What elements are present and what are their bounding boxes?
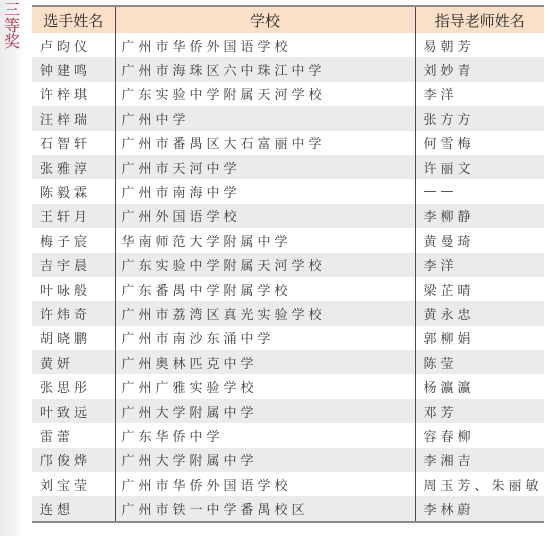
table-row: 石智轩广州市番禺区大石富丽中学何雪梅 xyxy=(32,131,544,155)
school-cell: 广州大学附属中学 xyxy=(115,448,415,472)
teacher-name-cell: 李林蔚 xyxy=(415,496,544,521)
school-cell: 广州广雅实验学校 xyxy=(115,374,415,398)
header-school: 学校 xyxy=(115,6,415,33)
teacher-name-cell: 张方方 xyxy=(415,106,544,130)
contestant-name-cell: 刘宝莹 xyxy=(32,472,115,496)
teacher-name-cell: 许丽文 xyxy=(415,155,544,179)
table-row: 叶咏般广东番禺中学附属学校梁芷晴 xyxy=(32,277,544,301)
teacher-name-cell: 李洋 xyxy=(415,253,544,277)
table-row: 黄妍广州奥林匹克中学陈莹 xyxy=(32,350,544,374)
school-cell: 广东番禺中学附属学校 xyxy=(115,277,415,301)
teacher-name-cell: 黄曼琦 xyxy=(415,228,544,252)
school-cell: 广东华侨中学 xyxy=(115,423,415,447)
school-cell: 广州市华侨外国语学校 xyxy=(115,33,415,57)
contestant-name-cell: 卢昀仪 xyxy=(32,33,115,57)
contestant-name-cell: 连想 xyxy=(32,496,115,521)
contestant-name-cell: 许梓琪 xyxy=(32,82,115,106)
contestant-name-cell: 石智轩 xyxy=(32,131,115,155)
award-char: 奖 xyxy=(3,34,21,50)
contestant-name-cell: 汪梓瑞 xyxy=(32,106,115,130)
teacher-name-cell: 易朝芳 xyxy=(415,33,544,57)
school-cell: 广州大学附属中学 xyxy=(115,399,415,423)
contestant-name-cell: 雷蕾 xyxy=(32,423,115,447)
contestant-name-cell: 许炜奇 xyxy=(32,301,115,325)
teacher-name-cell: 容春柳 xyxy=(415,423,544,447)
school-cell: 广州奥林匹克中学 xyxy=(115,350,415,374)
table-row: 雷蕾广东华侨中学容春柳 xyxy=(32,423,544,447)
school-cell: 广州市南沙东涌中学 xyxy=(115,326,415,350)
teacher-name-cell: 杨瀛瀛 xyxy=(415,374,544,398)
contestant-name-cell: 黄妍 xyxy=(32,350,115,374)
school-cell: 广州市番禺区大石富丽中学 xyxy=(115,131,415,155)
table-row: 吉宇晨广东实验中学附属天河学校李洋 xyxy=(32,253,544,277)
contestant-name-cell: 叶致远 xyxy=(32,399,115,423)
table-row: 梅子宸华南师范大学附属中学黄曼琦 xyxy=(32,228,544,252)
contestant-name-cell: 胡晓鹏 xyxy=(32,326,115,350)
award-level-label: 三 等 奖 xyxy=(3,2,21,50)
header-teacher-name: 指导老师姓名 xyxy=(415,6,544,33)
teacher-name-cell: 李柳静 xyxy=(415,204,544,228)
teacher-name-cell: 陈莹 xyxy=(415,350,544,374)
table-row: 张思彤广州广雅实验学校杨瀛瀛 xyxy=(32,374,544,398)
school-cell: 广州市铁一中学番禺校区 xyxy=(115,496,415,521)
table-row: 陈毅霖广州市南海中学—— xyxy=(32,179,544,203)
contestant-name-cell: 钟建鸣 xyxy=(32,57,115,81)
contestant-name-cell: 张雅淳 xyxy=(32,155,115,179)
table-row: 汪梓瑞广州中学张方方 xyxy=(32,106,544,130)
table-header-row: 选手姓名 学校 指导老师姓名 xyxy=(32,6,544,33)
teacher-name-cell: 周玉芳、朱丽敏 xyxy=(415,472,544,496)
side-strip xyxy=(0,0,24,536)
table-row: 邝俊烨广州大学附属中学李湘吉 xyxy=(32,448,544,472)
school-cell: 广东实验中学附属天河学校 xyxy=(115,253,415,277)
school-cell: 华南师范大学附属中学 xyxy=(115,228,415,252)
table-row: 钟建鸣广州市海珠区六中珠江中学刘妙青 xyxy=(32,57,544,81)
table-row: 刘宝莹广州市华侨外国语学校周玉芳、朱丽敏 xyxy=(32,472,544,496)
teacher-name-cell: 邓芳 xyxy=(415,399,544,423)
school-cell: 广州市荔湾区真光实验学校 xyxy=(115,301,415,325)
teacher-name-cell: —— xyxy=(415,179,544,203)
teacher-name-cell: 黄永忠 xyxy=(415,301,544,325)
school-cell: 广州市海珠区六中珠江中学 xyxy=(115,57,415,81)
teacher-name-cell: 何雪梅 xyxy=(415,131,544,155)
school-cell: 广州外国语学校 xyxy=(115,204,415,228)
table-row: 许炜奇广州市荔湾区真光实验学校黄永忠 xyxy=(32,301,544,325)
school-cell: 广东实验中学附属天河学校 xyxy=(115,82,415,106)
award-winners-table: 选手姓名 学校 指导老师姓名 卢昀仪广州市华侨外国语学校易朝芳钟建鸣广州市海珠区… xyxy=(32,5,544,523)
contestant-name-cell: 梅子宸 xyxy=(32,228,115,252)
table-row: 卢昀仪广州市华侨外国语学校易朝芳 xyxy=(32,33,544,57)
table-row: 王轩月广州外国语学校李柳静 xyxy=(32,204,544,228)
school-cell: 广州市天河中学 xyxy=(115,155,415,179)
table-row: 张雅淳广州市天河中学许丽文 xyxy=(32,155,544,179)
contestant-name-cell: 王轩月 xyxy=(32,204,115,228)
teacher-name-cell: 李湘吉 xyxy=(415,448,544,472)
contestant-name-cell: 吉宇晨 xyxy=(32,253,115,277)
school-cell: 广州市华侨外国语学校 xyxy=(115,472,415,496)
teacher-name-cell: 李洋 xyxy=(415,82,544,106)
contestant-name-cell: 邝俊烨 xyxy=(32,448,115,472)
contestant-name-cell: 张思彤 xyxy=(32,374,115,398)
table-row: 许梓琪广东实验中学附属天河学校李洋 xyxy=(32,82,544,106)
header-contestant-name: 选手姓名 xyxy=(32,6,115,33)
school-cell: 广州中学 xyxy=(115,106,415,130)
school-cell: 广州市南海中学 xyxy=(115,179,415,203)
teacher-name-cell: 郭柳娟 xyxy=(415,326,544,350)
contestant-name-cell: 叶咏般 xyxy=(32,277,115,301)
table-row: 胡晓鹏广州市南沙东涌中学郭柳娟 xyxy=(32,326,544,350)
table-row: 连想广州市铁一中学番禺校区李林蔚 xyxy=(32,496,544,521)
teacher-name-cell: 刘妙青 xyxy=(415,57,544,81)
contestant-name-cell: 陈毅霖 xyxy=(32,179,115,203)
table-row: 叶致远广州大学附属中学邓芳 xyxy=(32,399,544,423)
teacher-name-cell: 梁芷晴 xyxy=(415,277,544,301)
